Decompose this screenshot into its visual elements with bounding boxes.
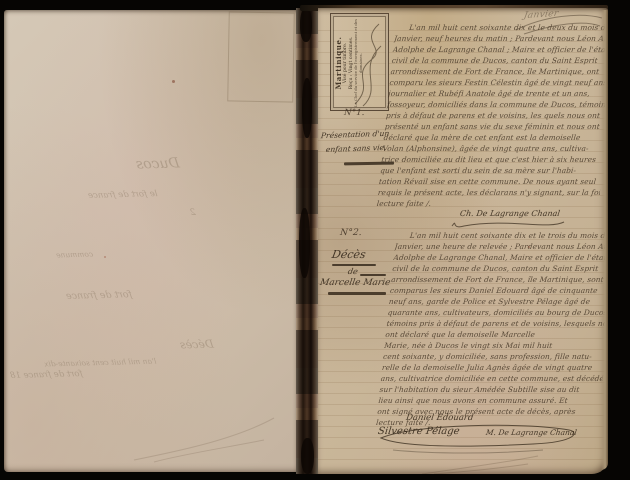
manuscript-line: Adolphe de Lagrange Chanal, Maire et off… [393,252,608,263]
manuscript-line: lecture faite /. [376,198,599,209]
manuscript-line: tation Révail sise en cette commune. De … [378,176,601,187]
manuscript-line: quarante ans, cultivateurs, domiciliés a… [387,307,608,318]
manuscript-line: L'an mil huit cent soixante dix et le tr… [395,230,608,241]
bleedthrough-text: fort de france 18 [9,369,83,381]
manuscript-line: comparus les sieurs Daniel Edouard âgé d… [389,285,608,296]
gutter-shadow [302,78,312,138]
bleedthrough-text: 2 [189,208,196,218]
manuscript-line: comparu les sieurs Festin Célestin âgé d… [389,77,608,88]
foxing-speck [104,256,106,258]
manuscript-line: journalier et Rubéfi Anatole âgé de tren… [388,88,608,99]
gutter-shadow [300,8,312,42]
book-scan: Ducos le fort de france 2 commune fort d… [0,0,630,480]
manuscript-line: L'an mil huit cent soixante dix et le de… [395,22,608,33]
bleedthrough-text: l'an mil huit cent soixante-dix [44,357,157,369]
entry1-body-text: L'an mil huit cent soixante dix et le de… [376,22,608,209]
page-right-edge [601,10,608,470]
foxing-speck [172,80,175,83]
gutter-shadow [299,208,310,278]
entry1-margin-note-line2: enfant sans vie. [325,143,387,154]
manuscript-line: déclaré que la mère de cet enfant est la… [383,132,606,143]
entry1-margin-note-line1: Présentation d'un [320,129,389,140]
book-gutter [296,8,318,474]
manuscript-line: requis le présent acte, les déclarans n'… [377,187,600,198]
manuscript-line: arrondissement de Fort de France, île Ma… [391,274,608,285]
bleedthrough-text: commune [55,250,93,260]
entry2-connector-dash [360,274,386,276]
manuscript-line: sur l'habitation du sieur Amédée Subtill… [379,384,602,395]
entry2-margin-title: Décès [331,248,367,261]
manuscript-line: Volan (Alphonsine), âgée de vingt quatre… [382,143,605,154]
manuscript-line: témoins pris à défaut de parens et de vo… [386,318,608,329]
manuscript-line: neuf ans, garde de Police et Sylvestre P… [388,296,608,307]
manuscript-line: pris à défaut de parens et de voisins, l… [385,110,608,121]
entry2-body-text: L'an mil huit cent soixante dix et le tr… [376,230,608,428]
manuscript-line: Marie, née à Ducos le vingt six Mai mil … [384,340,607,351]
bottom-scratch-marks [418,454,548,474]
bleedthrough-text: fort de france [65,289,132,302]
bleedthrough-text: Décès [179,338,214,352]
manuscript-line: civil de la commune de Ducos, canton du … [392,263,608,274]
manuscript-line: ans, cultivatrice domiciliée en cette co… [380,373,603,384]
manuscript-line: civil de la commune de Ducos, canton du … [391,55,608,66]
manuscript-line: arrondissement de Fort de France, île Ma… [390,66,608,77]
manuscript-line: relle de la demoiselle Julia Agnès âgée … [381,362,604,373]
manuscript-line: fossoyeur, domiciliés dans la commune de… [387,99,608,110]
stamp-title: Martinique. [334,17,343,109]
stamp-bleedthrough-outline [227,11,295,102]
gutter-shadow [301,438,314,474]
entry2-number: N°2. [340,228,363,238]
stamp-signature-flourish [349,18,389,108]
bleedthrough-text: le fort de france [87,189,158,201]
manuscript-line: cent soixante, y domiciliée, sans profes… [383,351,606,362]
manuscript-line: trice domiciliée au dit lieu et que c'es… [381,154,604,165]
manuscript-line: présenté un enfant sans vie du sexe fémi… [384,121,607,132]
bleedthrough-text: Ducos [135,155,181,172]
entry2-margin-connector: de [347,267,358,276]
manuscript-line: lieu ainsi que nous avons en commune ass… [378,395,601,406]
manuscript-line: Adolphe de Lagrange Chanal ; Maire et of… [392,44,608,55]
bleedthrough-scratch [114,410,294,470]
manuscript-line: Janvier, neuf heures du matin ; Pardevan… [394,33,608,44]
entry2-margin-name: Marcelle Marie [319,278,391,288]
revenue-stamp: Martinique. Visé pour timbre. Reçu : Vin… [330,13,389,111]
right-page: Martinique. Visé pour timbre. Reçu : Vin… [318,8,608,474]
manuscript-line: Janvier, une heure de relevée ; Pardevan… [394,241,608,252]
entry2-signature-flourish [373,420,583,456]
manuscript-line: ont déclaré que la demoiselle Marcelle [385,329,608,340]
left-page: Ducos le fort de france 2 commune fort d… [4,10,296,472]
entry2-name-underline [328,292,386,295]
entry1-number: N°1. [344,108,366,118]
foxing-speck [528,246,530,248]
manuscript-line: que l'enfant est sorti du sein de sa mèr… [380,165,603,176]
entry2-title-underline [332,264,376,266]
